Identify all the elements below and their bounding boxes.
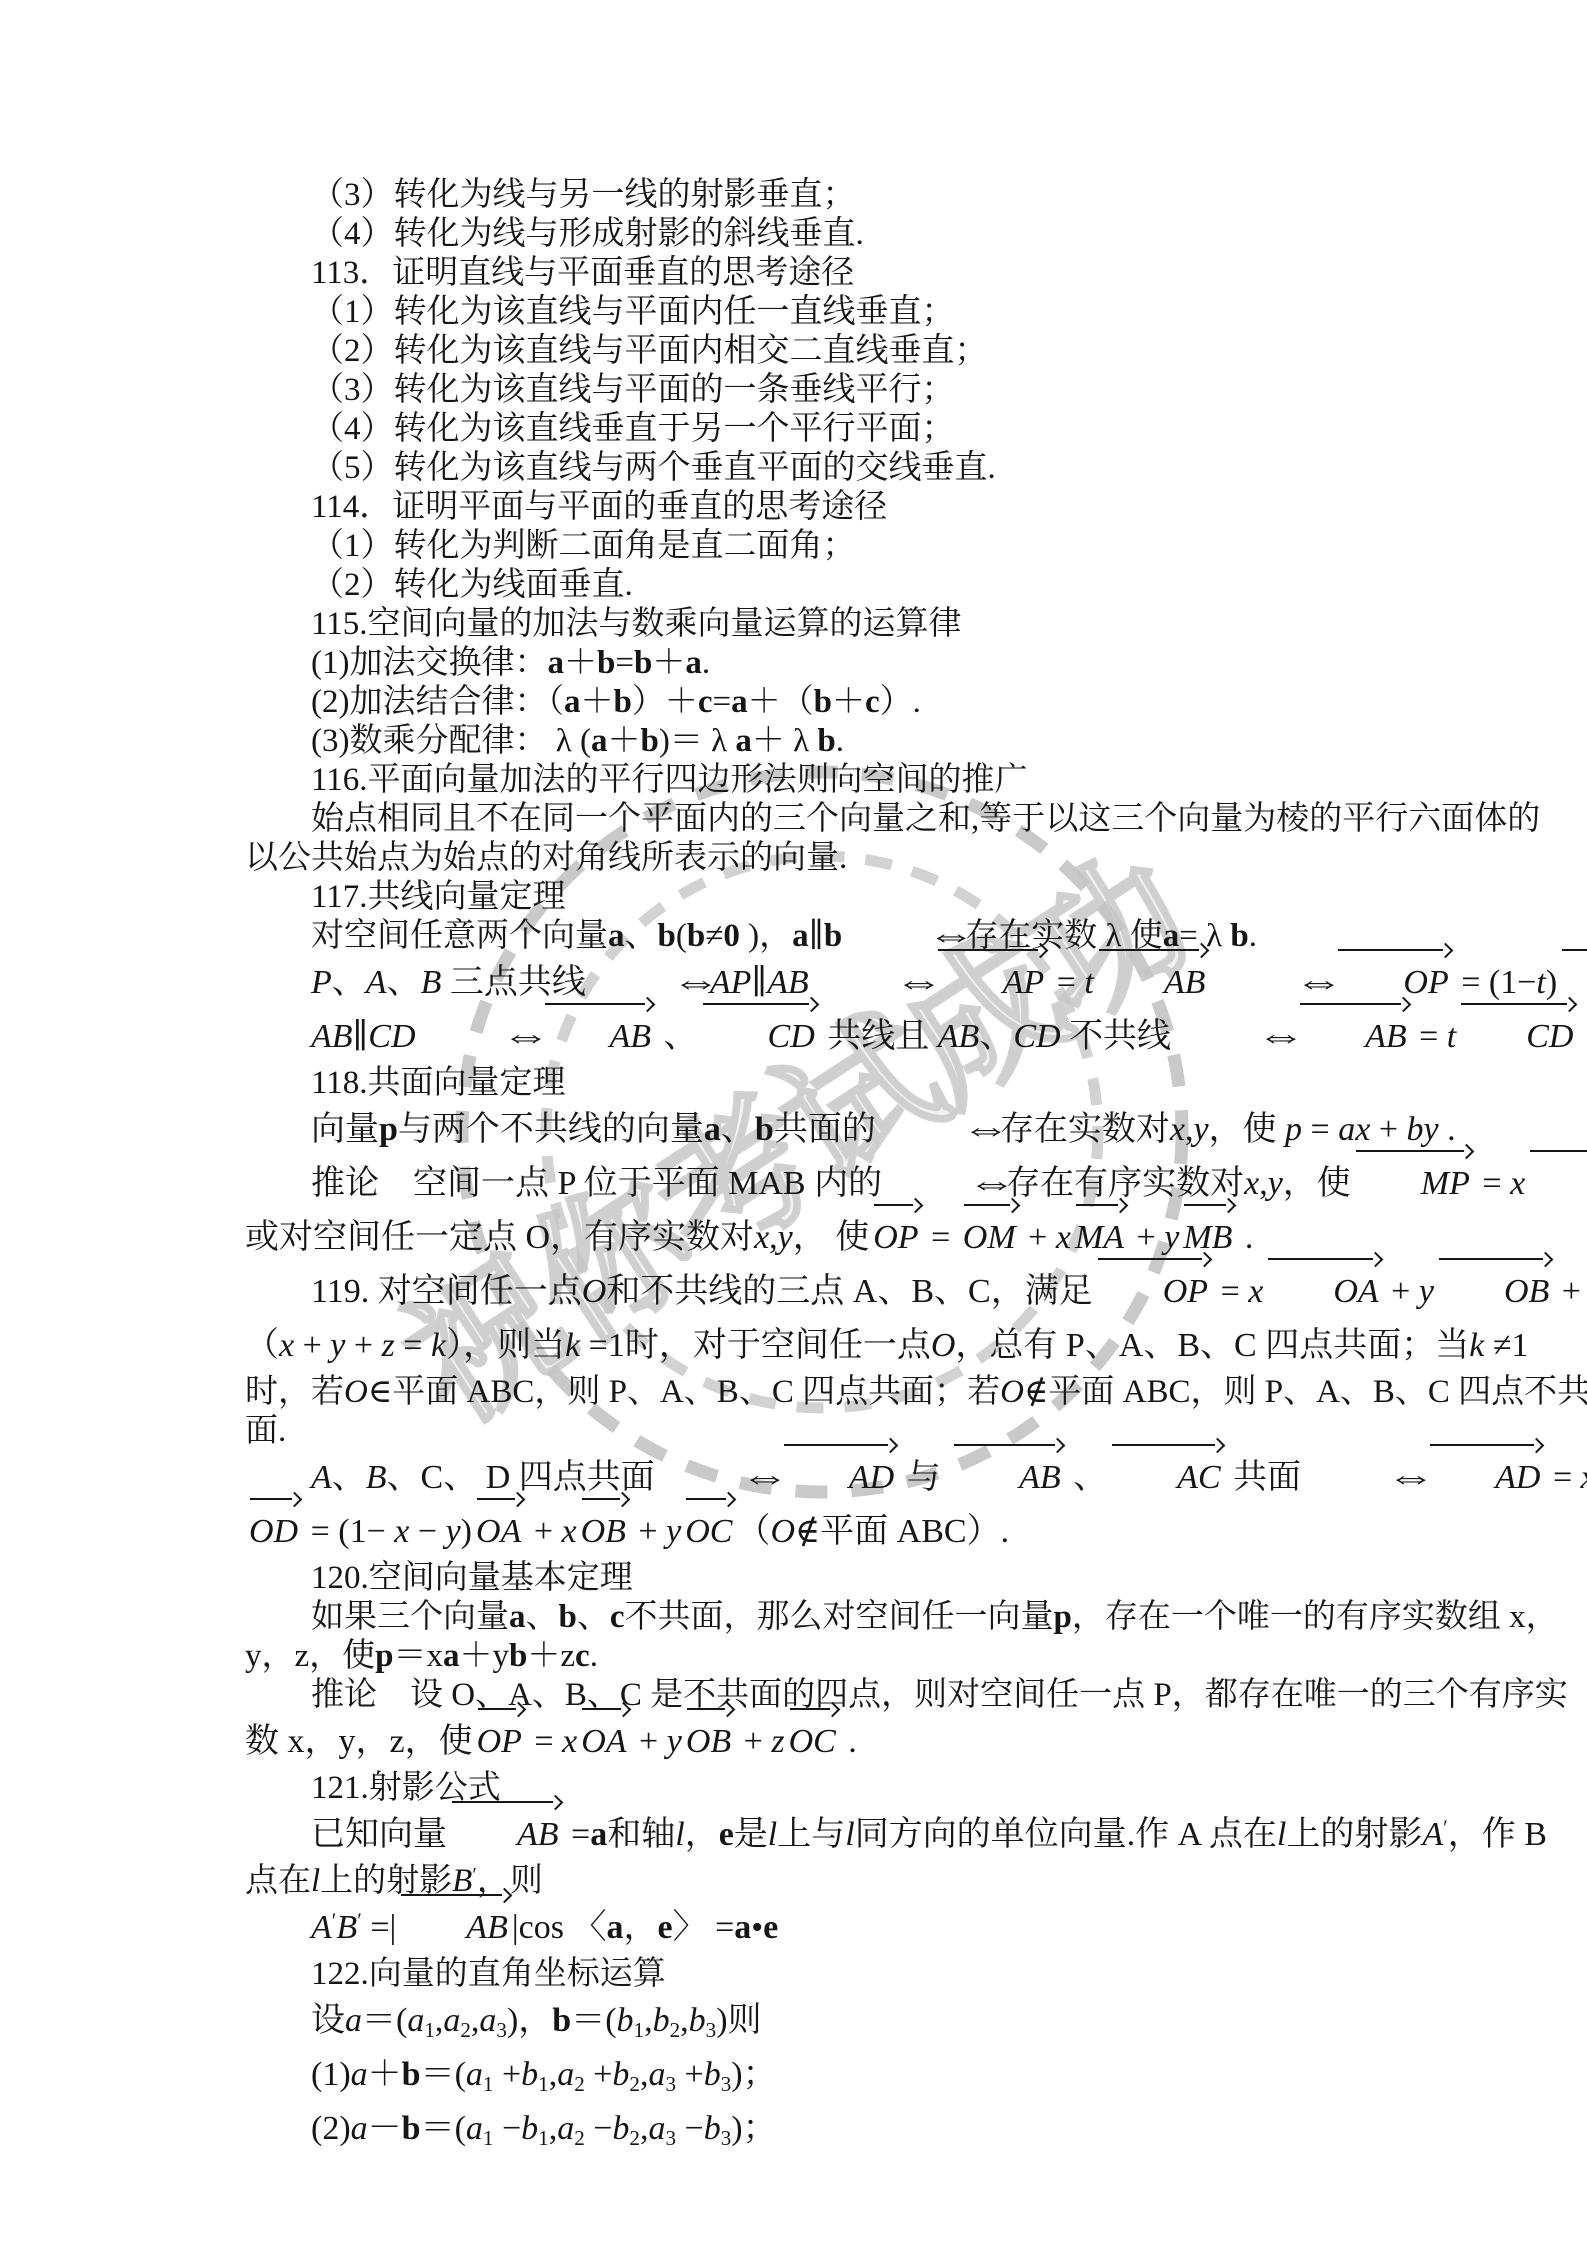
document-body: （3）转化为线与另一线的射影垂直；（4）转化为线与形成射影的斜线垂直.113．证… (245, 176, 1499, 2156)
text-line: OD = (1− x − y)OA + xOB + yOC（O∉平面 ABC）. (245, 1505, 1499, 1559)
text-line: 推论 空间一点 P 位于平面 MAB 内的⇔存在有序实数对x,y，使MP = x… (245, 1157, 1499, 1211)
text-line: (3)数乘分配律： λ (a＋b)＝ λ a＋ λ b. (245, 722, 1499, 761)
text-line: (2)a－b＝(a1 −b1,a2 −b2,a3 −b3)； (245, 2102, 1499, 2156)
text-line: 数 x，y，z，使OP = xOA + yOB + zOC . (245, 1715, 1499, 1769)
text-line: 114．证明平面与平面的垂直的思考途径 (245, 488, 1499, 527)
text-line: （x + y + z = k），则当k =1时，对于空间任一点O，总有 P、A、… (245, 1319, 1499, 1373)
text-line: (2)加法结合律：（a＋b）＋c=a＋（b＋c）. (245, 683, 1499, 722)
text-line: 113．证明直线与平面垂直的思考途径 (245, 254, 1499, 293)
text-line: (1)a＋b＝(a1 +b1,a2 +b2,a3 +b3)； (245, 2048, 1499, 2102)
text-line: y，z，使p＝xa＋yb＋zc. (245, 1637, 1499, 1676)
text-line: 120.空间向量基本定理 (245, 1559, 1499, 1598)
text-line: 向量p与两个不共线的向量a、b共面的⇔存在实数对x,y，使 p = ax + b… (245, 1103, 1499, 1157)
text-line: 115.空间向量的加法与数乘向量运算的运算律 (245, 605, 1499, 644)
text-line: 119. 对空间任一点O和不共线的三点 A、B、C，满足OP = xOA + y… (245, 1265, 1499, 1319)
text-line: 122.向量的直角坐标运算 (245, 1955, 1499, 1994)
text-line: 118.共面向量定理 (245, 1064, 1499, 1103)
text-line: （5）转化为该直线与两个垂直平面的交线垂直. (245, 449, 1499, 488)
document-page: 祝你考试成功 （3）转化为线与另一线的射影垂直；（4）转化为线与形成射影的斜线垂… (0, 0, 1587, 2245)
text-line: (1)加法交换律：a＋b=b＋a. (245, 644, 1499, 683)
text-line: 以公共始点为始点的对角线所表示的向量. (245, 839, 1499, 878)
text-line: 对空间任意两个向量a、b(b≠0 )，a∥b⇔存在实数 λ 使a= λ b. (245, 917, 1499, 956)
text-line: 已知向量AB =a和轴l，e是l上与l同方向的单位向量.作 A 点在l上的射影A… (245, 1808, 1499, 1862)
text-line: （2）转化为该直线与平面内相交二直线垂直； (245, 332, 1499, 371)
text-line: （1）转化为该直线与平面内任一直线垂直； (245, 293, 1499, 332)
text-line: P、A、B 三点共线⇔AP∥AB⇔AP = tAB⇔OP = (1−t)OA +… (245, 956, 1499, 1010)
text-line: （1）转化为判断二面角是直二面角； (245, 527, 1499, 566)
text-line: 如果三个向量a、b、c不共面，那么对空间任一向量p，存在一个唯一的有序实数组 x… (245, 1598, 1499, 1637)
text-line: （4）转化为线与形成射影的斜线垂直. (245, 215, 1499, 254)
text-line: 推论 设 O、A、B、C 是不共面的四点，则对空间任一点 P，都存在唯一的三个有… (245, 1676, 1499, 1715)
text-line: 116.平面向量加法的平行四边形法则向空间的推广 (245, 761, 1499, 800)
text-line: AB∥CD⇔AB 、CD 共线且 AB、CD 不共线⇔AB = tCD 且 AB… (245, 1010, 1499, 1064)
text-line: （4）转化为该直线垂直于另一个平行平面； (245, 410, 1499, 449)
text-line: 121.射影公式 (245, 1769, 1499, 1808)
text-line: 始点相同且不在同一个平面内的三个向量之和,等于以这三个向量为棱的平行六面体的 (245, 800, 1499, 839)
text-line: （3）转化为线与另一线的射影垂直； (245, 176, 1499, 215)
text-line: （2）转化为线面垂直. (245, 566, 1499, 605)
text-line: 或对空间任一定点 O，有序实数对x,y， 使OP = OM + xMA + yM… (245, 1211, 1499, 1265)
text-line: A′B′ =|AB|cos 〈a，e〉 =a•e (245, 1901, 1499, 1955)
text-line: （3）转化为该直线与平面的一条垂线平行； (245, 371, 1499, 410)
text-line: 设a＝(a1,a2,a3)，b＝(b1,b2,b3)则 (245, 1994, 1499, 2048)
text-line: 117.共线向量定理 (245, 878, 1499, 917)
text-line: 时，若O∈平面 ABC，则 P、A、B、C 四点共面；若O∉平面 ABC，则 P… (245, 1373, 1499, 1412)
text-line: A、B、C、 D 四点共面⇔AD 与 AB 、AC 共面⇔AD = xAB + … (245, 1451, 1499, 1505)
